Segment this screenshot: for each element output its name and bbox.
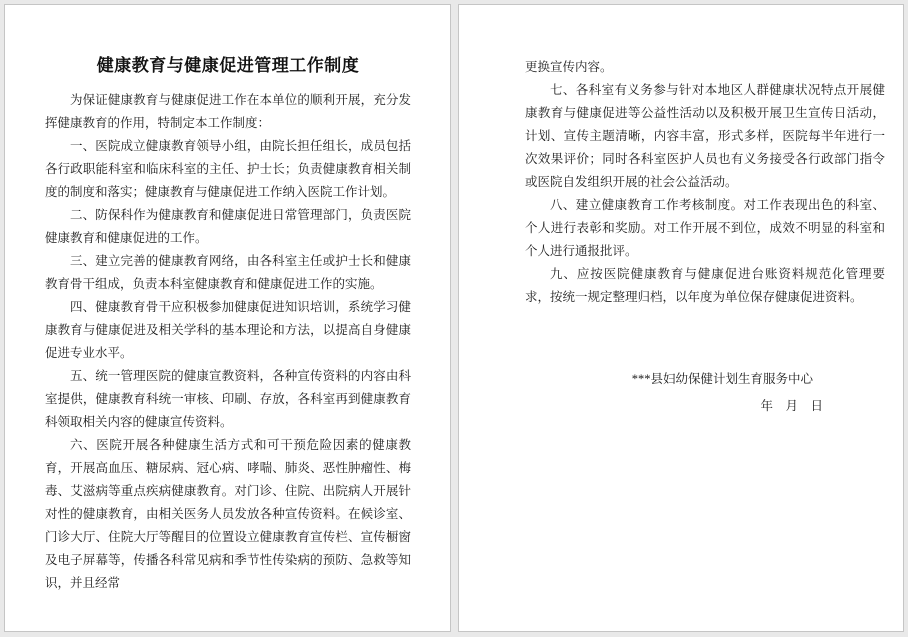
signature-organization: ***县妇幼保健计划生育服务中心 (525, 366, 885, 393)
document-canvas: 健康教育与健康促进管理工作制度 为保证健康教育与健康促进工作在本单位的顺利开展，… (0, 0, 908, 637)
paragraph: 二、防保科作为健康教育和健康促进日常管理部门，负责医院健康教育和健康促进的工作。 (45, 204, 411, 250)
page-2: 更换宣传内容。 七、各科室有义务参与针对本地区人群健康状况特点开展健康教育与健康… (458, 4, 904, 632)
paragraph: 九、应按医院健康教育与健康促进台账资料规范化管理要求，按统一规定整理归档，以年度… (525, 263, 885, 309)
page-2-paragraphs: 七、各科室有义务参与针对本地区人群健康状况特点开展健康教育与健康促进等公益性活动… (525, 79, 885, 309)
paragraph: 一、医院成立健康教育领导小组，由院长担任组长，成员包括各行政职能科室和临床科室的… (45, 135, 411, 204)
signature-date: 年 月 日 (525, 393, 885, 420)
page-2-content: 更换宣传内容。 七、各科室有义务参与针对本地区人群健康状况特点开展健康教育与健康… (459, 5, 903, 420)
paragraph: 六、医院开展各种健康生活方式和可干预危险因素的健康教育，开展高血压、糖尿病、冠心… (45, 434, 411, 595)
signature-block: ***县妇幼保健计划生育服务中心 年 月 日 (525, 366, 885, 420)
paragraph: 四、健康教育骨干应积极参加健康促进知识培训，系统学习健康教育与健康促进及相关学科… (45, 296, 411, 365)
paragraph: 五、统一管理医院的健康宣教资料，各种宣传资料的内容由科室提供，健康教育科统一审核… (45, 365, 411, 434)
paragraph-continuation: 更换宣传内容。 (525, 56, 885, 79)
page-1-body: 为保证健康教育与健康促进工作在本单位的顺利开展，充分发挥健康教育的作用，特制定本… (45, 89, 411, 595)
paragraph: 七、各科室有义务参与针对本地区人群健康状况特点开展健康教育与健康促进等公益性活动… (525, 79, 885, 194)
page-2-body: 更换宣传内容。 七、各科室有义务参与针对本地区人群健康状况特点开展健康教育与健康… (525, 56, 885, 309)
paragraph: 三、建立完善的健康教育网络，由各科室主任或护士长和健康教育骨干组成，负责本科室健… (45, 250, 411, 296)
paragraph: 为保证健康教育与健康促进工作在本单位的顺利开展，充分发挥健康教育的作用，特制定本… (45, 89, 411, 135)
document-title: 健康教育与健康促进管理工作制度 (45, 54, 411, 78)
page-1-content: 健康教育与健康促进管理工作制度 为保证健康教育与健康促进工作在本单位的顺利开展，… (5, 5, 450, 595)
page-1: 健康教育与健康促进管理工作制度 为保证健康教育与健康促进工作在本单位的顺利开展，… (4, 4, 451, 632)
paragraph: 八、建立健康教育工作考核制度。对工作表现出色的科室、个人进行表彰和奖励。对工作开… (525, 194, 885, 263)
